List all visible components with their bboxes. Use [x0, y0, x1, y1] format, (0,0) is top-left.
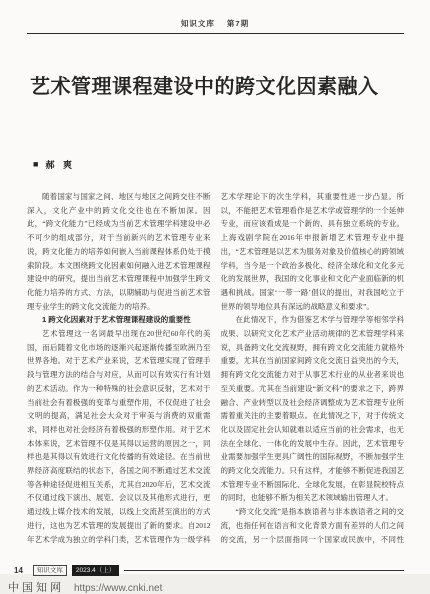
page-title: 艺术管理课程建设中的跨文化因素融入 [30, 70, 379, 99]
footer-divider [124, 570, 404, 571]
section-heading: 1 跨文化因素对于艺术管理课程建设的重要性 [27, 313, 211, 327]
footer-issue-badge: 2023.4（上） [72, 565, 119, 576]
body-paragraph: 随着国家与国家之间、地区与地区之间跨交往不断深入，文化产业中的跨文化交往也在不断… [27, 190, 211, 313]
page-footer: 14 知识文库 2023.4（上） [14, 565, 404, 576]
author-name: 郝 爽 [45, 158, 75, 171]
author-marker-square-icon: ■ [33, 160, 38, 169]
footer-journal-badge: 知识文库 [33, 565, 67, 576]
page-number: 14 [14, 566, 23, 575]
header-divider [27, 33, 404, 34]
body-paragraph: 在此情况下，作为借鉴艺术学与管理学等相邻学科成果、以研究文化艺术产业活动规律的艺… [221, 313, 405, 505]
running-head: 知识文库第7期 [0, 18, 430, 29]
author-line: ■ 郝 爽 [33, 158, 75, 171]
running-head-issue: 第7期 [227, 19, 249, 28]
running-head-journal: 知识文库 [181, 19, 215, 28]
journal-page: 知识文库第7期 艺术管理课程建设中的跨文化因素融入 ■ 郝 爽 随着国家与国家之… [0, 0, 430, 594]
cnki-site-url: https://www.cnki.net [74, 583, 162, 594]
article-body: 随着国家与国家之间、地区与地区之间跨交往不断深入，文化产业中的跨文化交往也在不断… [27, 190, 404, 556]
cnki-site-name: 中国知网 [8, 579, 64, 594]
cnki-watermark: 中国知网 https://www.cnki.net [8, 579, 162, 594]
